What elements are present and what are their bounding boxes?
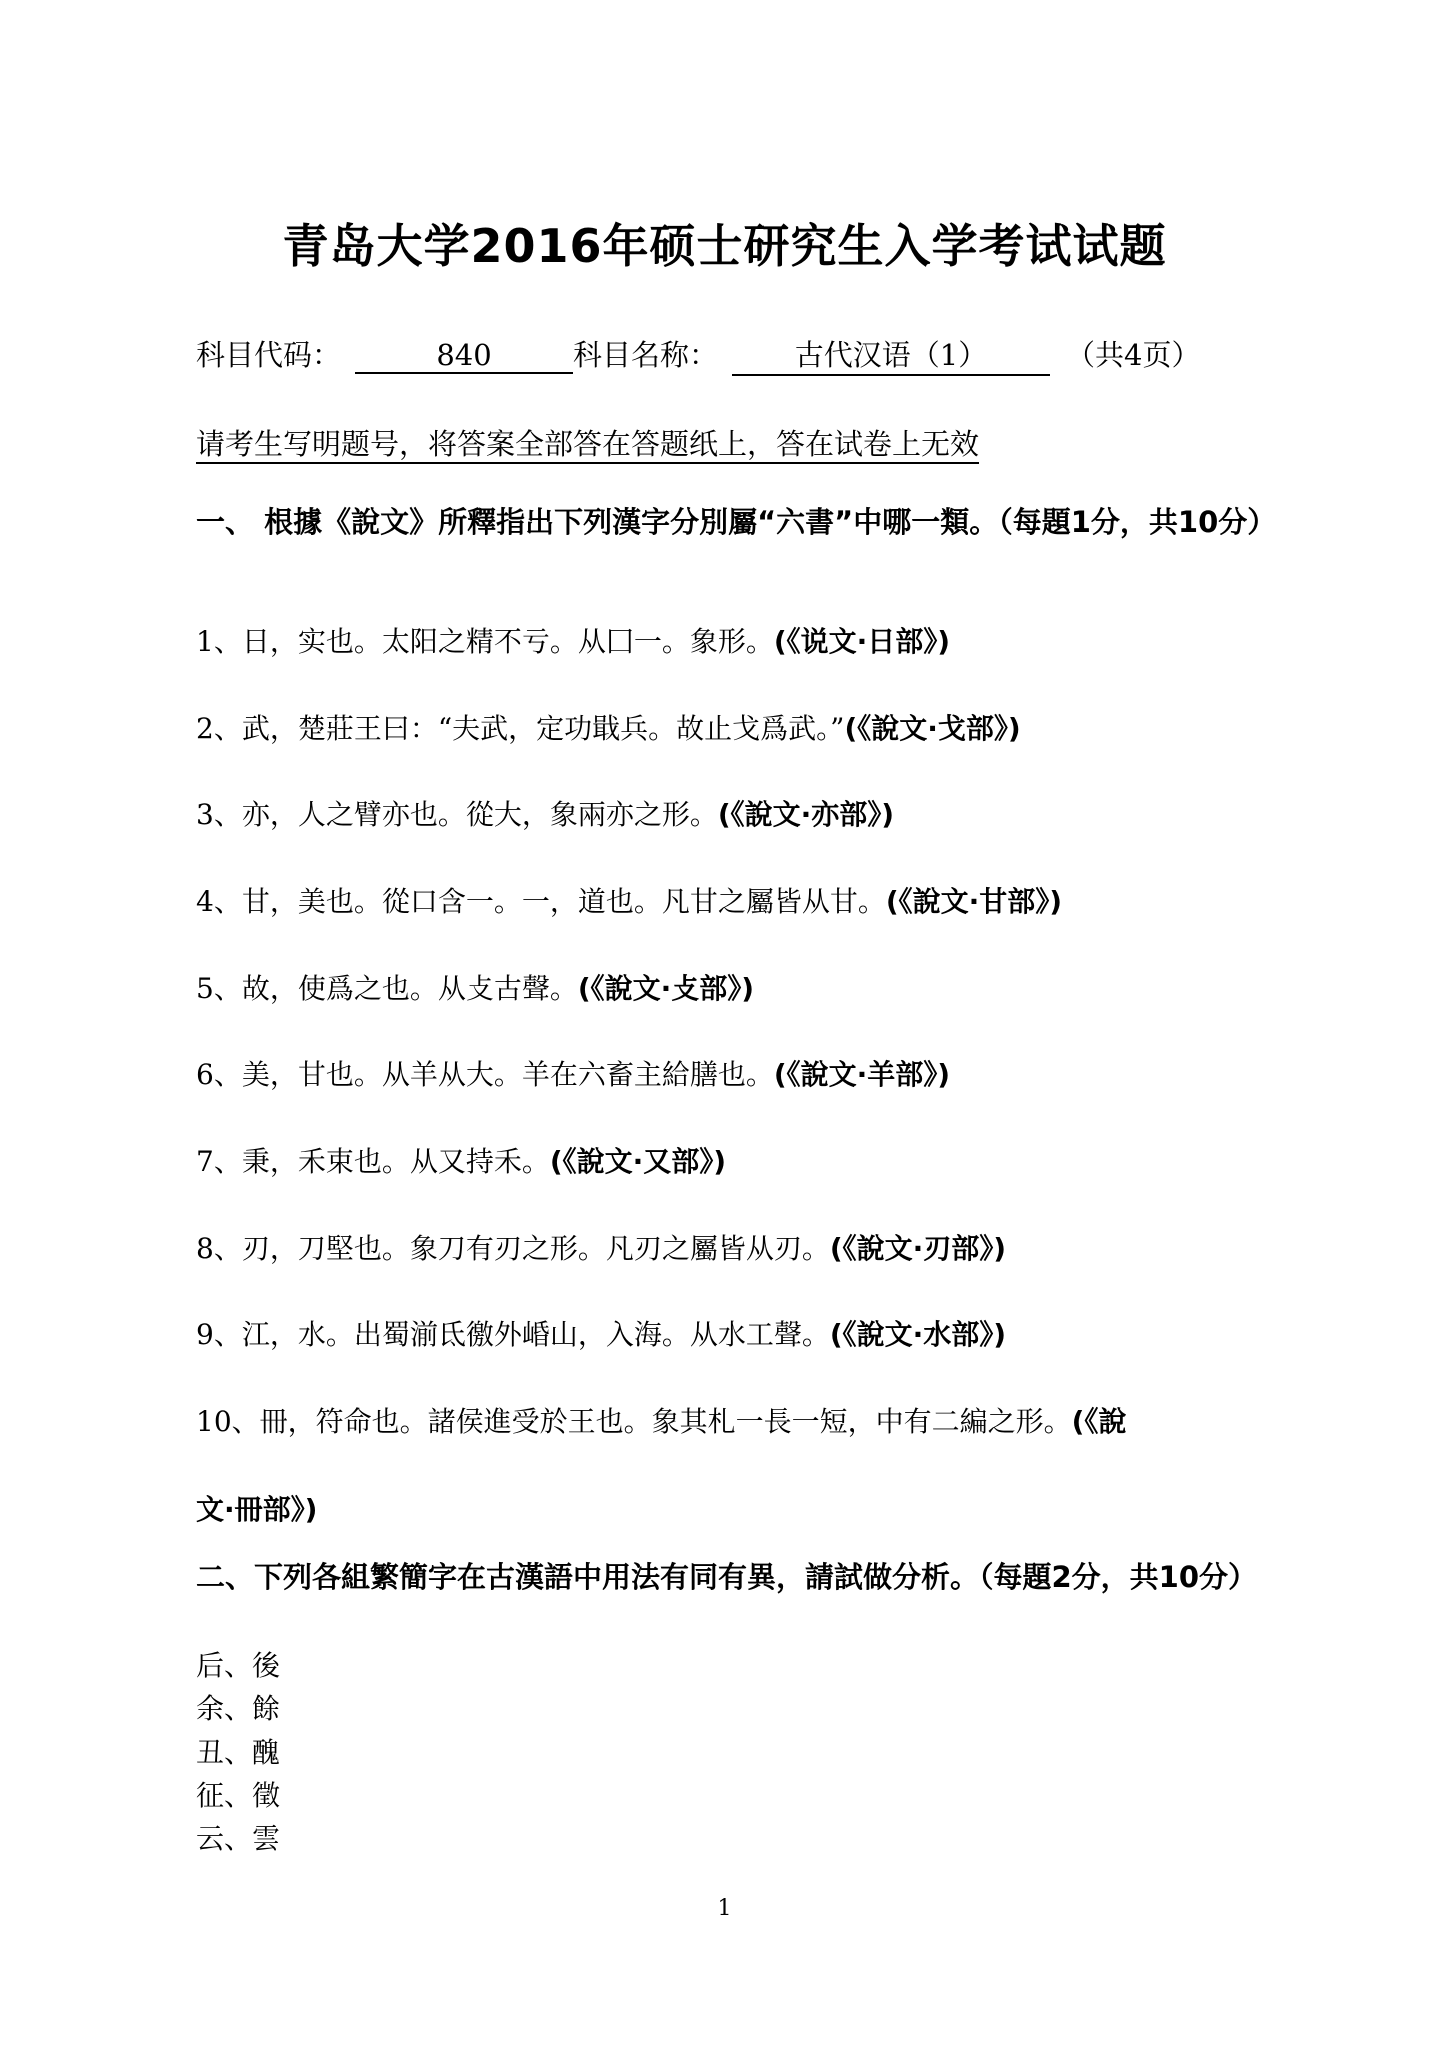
question-text: 2、武，楚莊王曰：“夫武，定功戢兵。故止戈爲武。” <box>196 712 844 745</box>
question-item: 4、甘，美也。從口含一。一，道也。凡甘之屬皆从甘。(《說文·甘部》) <box>196 880 1062 920</box>
char-pair: 征、徵 <box>196 1774 280 1814</box>
question-source-continued: 文·冊部》) <box>196 1493 317 1526</box>
question-item: 8、刃，刀堅也。象刀有刃之形。凡刃之屬皆从刃。(《說文·刃部》) <box>196 1227 1006 1267</box>
char-pair: 后、後 <box>196 1644 280 1684</box>
question-item: 6、美，甘也。从羊从大。羊在六畜主給膳也。(《說文·羊部》) <box>196 1053 950 1093</box>
exam-title: 青岛大学2016年硕士研究生入学考试试题 <box>0 210 1449 276</box>
question-source: (《說文·水部》) <box>830 1318 1006 1351</box>
question-text: 4、甘，美也。從口含一。一，道也。凡甘之屬皆从甘。 <box>196 885 886 918</box>
question-item: 3、亦，人之臂亦也。從大，象兩亦之形。(《說文·亦部》) <box>196 793 894 833</box>
section-2-heading: 二、下列各組繁簡字在古漢語中用法有同有異，請試做分析。（每題2分，共10分） <box>196 1555 1266 1599</box>
question-item: 7、秉，禾束也。从又持禾。(《說文·又部》) <box>196 1140 726 1180</box>
question-source: (《說文·羊部》) <box>774 1058 950 1091</box>
exam-meta-row: 科目代码： 840 科目名称： 古代汉语（1） （共4页） <box>196 333 1200 376</box>
question-source: (《說文·戈部》) <box>844 712 1020 745</box>
char-pair: 丑、醜 <box>196 1731 280 1771</box>
question-item: 10、冊，符命也。諸侯進受於王也。象其札一長一短，中有二編之形。(《說 <box>196 1400 1126 1440</box>
question-text: 8、刃，刀堅也。象刀有刃之形。凡刃之屬皆从刃。 <box>196 1232 830 1265</box>
subject-code-value: 840 <box>355 338 573 374</box>
question-text: 5、故，使爲之也。从攴古聲。 <box>196 972 578 1005</box>
page-count: （共4页） <box>1066 333 1200 374</box>
question-item: 9、江，水。出蜀湔氐徼外崏山，入海。从水工聲。(《說文·水部》) <box>196 1313 1006 1353</box>
question-text: 3、亦，人之臂亦也。從大，象兩亦之形。 <box>196 798 718 831</box>
question-item: 5、故，使爲之也。从攴古聲。(《說文·攴部》) <box>196 967 754 1007</box>
section-1-heading: 一、 根據《說文》所釋指出下列漢字分別屬“六書”中哪一類。（每題1分，共10分） <box>196 498 1266 546</box>
question-text: 6、美，甘也。从羊从大。羊在六畜主給膳也。 <box>196 1058 774 1091</box>
subject-code-label: 科目代码： <box>196 333 341 374</box>
question-item: 1、日，实也。太阳之精不亏。从囗一。象形。(《说文·日部》) <box>196 620 950 660</box>
question-source: (《說文·亦部》) <box>718 798 894 831</box>
page-number: 1 <box>0 1896 1449 1921</box>
char-pair: 云、雲 <box>196 1817 280 1857</box>
question-text: 9、江，水。出蜀湔氐徼外崏山，入海。从水工聲。 <box>196 1318 830 1351</box>
question-item-wrap: 文·冊部》) <box>196 1488 317 1528</box>
question-item: 2、武，楚莊王曰：“夫武，定功戢兵。故止戈爲武。”(《說文·戈部》) <box>196 707 1021 747</box>
question-source: (《說文·刃部》) <box>830 1232 1006 1265</box>
question-source: (《說文·又部》) <box>550 1145 726 1178</box>
question-source: (《說 <box>1072 1405 1127 1438</box>
question-source: (《說文·甘部》) <box>886 885 1062 918</box>
subject-name-label: 科目名称： <box>573 333 718 374</box>
char-pair: 余、餘 <box>196 1687 280 1727</box>
question-text: 10、冊，符命也。諸侯進受於王也。象其札一長一短，中有二編之形。 <box>196 1405 1072 1438</box>
question-source: (《說文·攴部》) <box>578 972 754 1005</box>
question-text: 7、秉，禾束也。从又持禾。 <box>196 1145 550 1178</box>
subject-name-value: 古代汉语（1） <box>732 333 1050 376</box>
question-text: 1、日，实也。太阳之精不亏。从囗一。象形。 <box>196 625 774 658</box>
exam-notice: 请考生写明题号，将答案全部答在答题纸上，答在试卷上无效 <box>196 422 979 463</box>
question-source: (《说文·日部》) <box>774 625 950 658</box>
